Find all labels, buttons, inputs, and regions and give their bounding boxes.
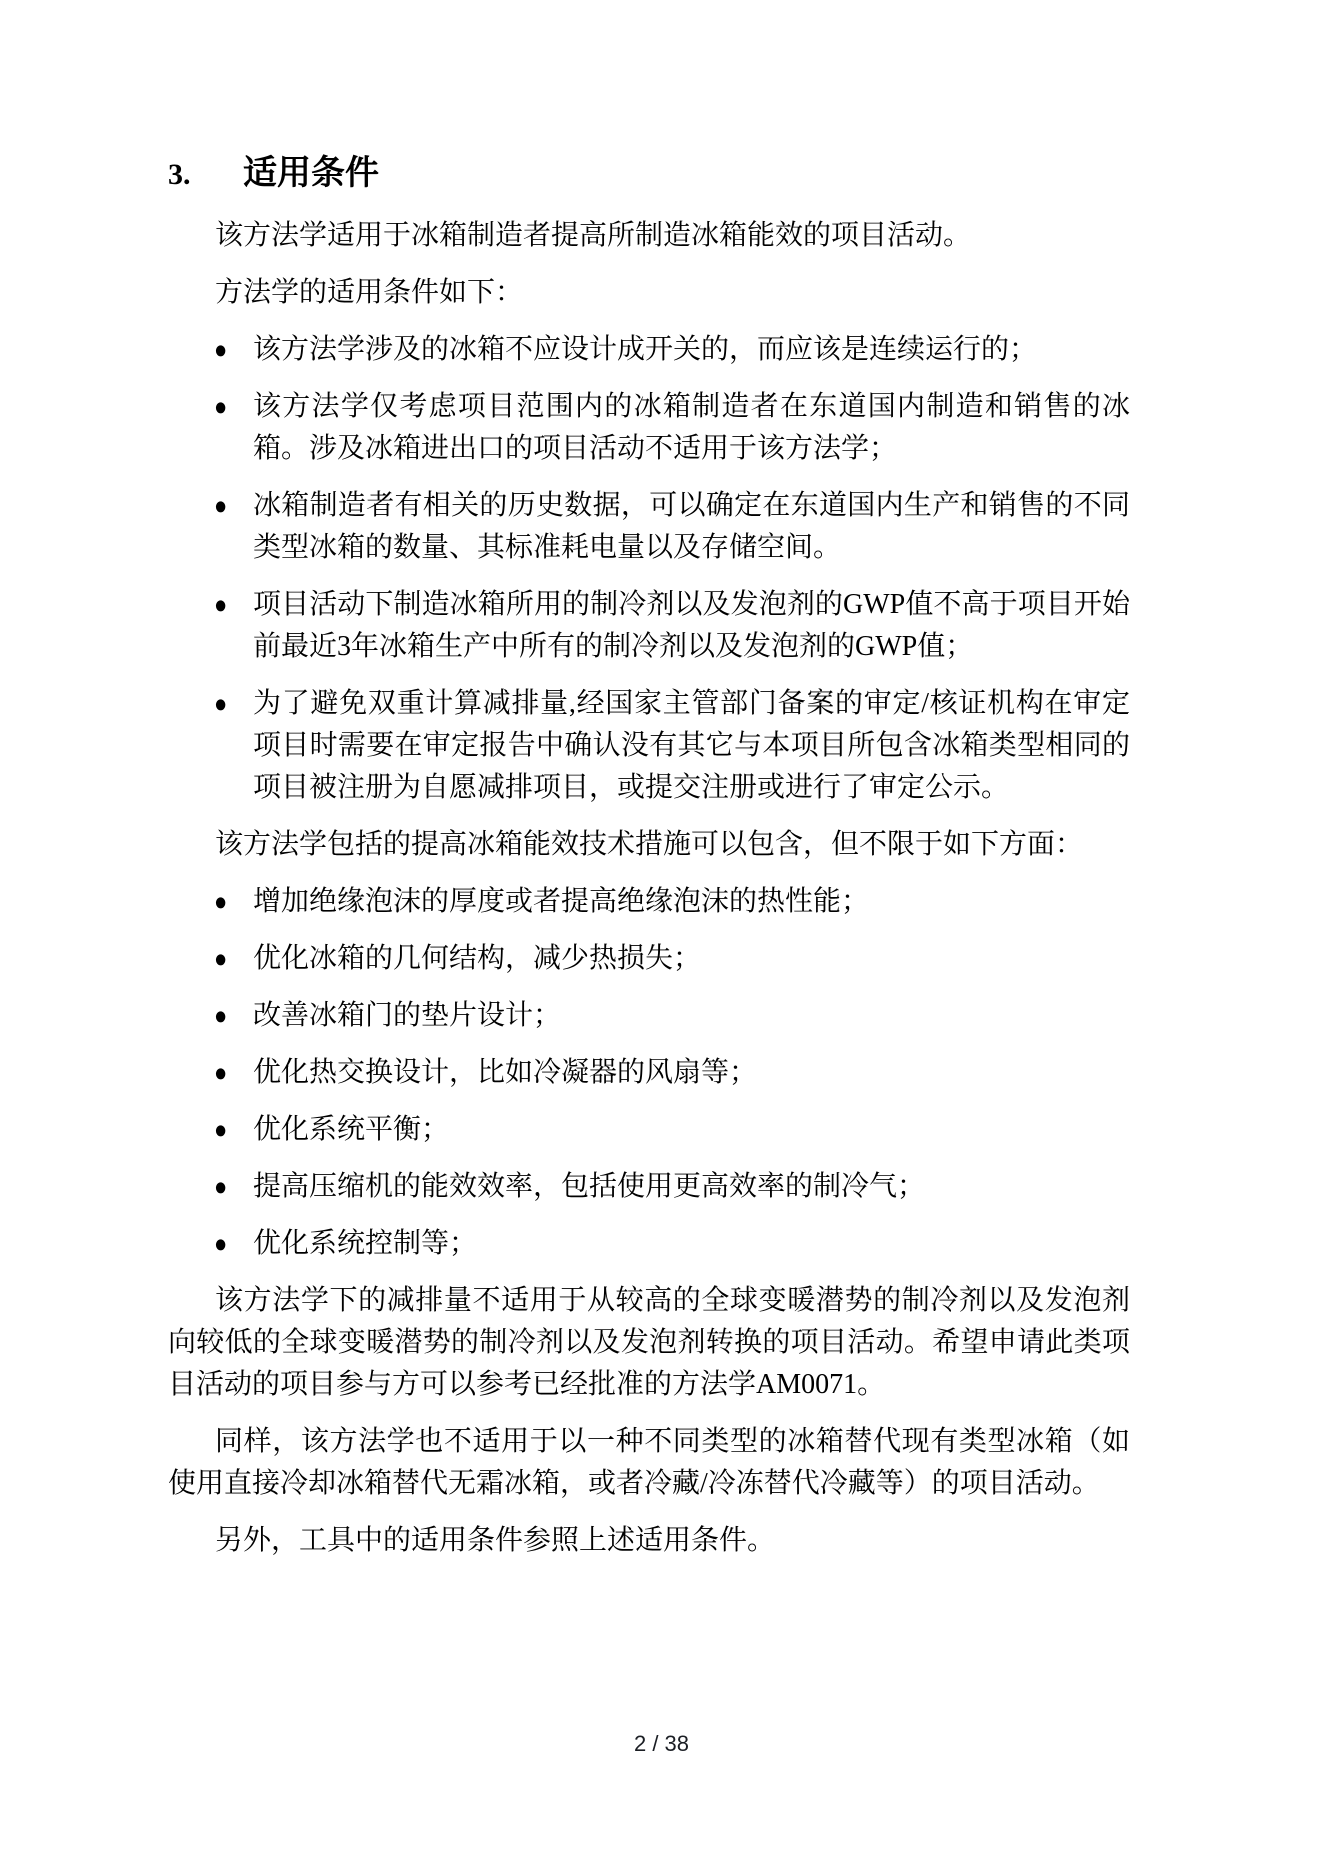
- list-item-text: 为了避免双重计算减排量,经国家主管部门备案的审定/核证机构在审定项目时需要在审定…: [253, 688, 1130, 803]
- list-item-text: 该方法学涉及的冰箱不应设计成开关的，而应该是连续运行的；: [253, 334, 1037, 365]
- list-item: ● 提高压缩机的能效效率，包括使用更高效率的制冷气；: [168, 1166, 1130, 1208]
- list-item: ● 冰箱制造者有相关的历史数据，可以确定在东道国内生产和销售的不同类型冰箱的数量…: [168, 485, 1130, 569]
- paragraph-conditions-lead: 方法学的适用条件如下：: [168, 272, 1130, 314]
- measures-list: ● 增加绝缘泡沫的厚度或者提高绝缘泡沫的热性能； ● 优化冰箱的几何结构，减少热…: [168, 881, 1130, 1265]
- list-item: ● 优化热交换设计，比如冷凝器的风扇等；: [168, 1052, 1130, 1094]
- list-item: ● 项目活动下制造冰箱所用的制冷剂以及发泡剂的GWP值不高于项目开始前最近3年冰…: [168, 584, 1130, 668]
- bullet-icon: ●: [214, 383, 227, 431]
- list-item-text: 提高压缩机的能效效率，包括使用更高效率的制冷气；: [253, 1171, 925, 1202]
- bullet-icon: ●: [214, 992, 227, 1040]
- section-title: 适用条件: [243, 150, 379, 198]
- paragraph-gwp-exclusion: 该方法学下的减排量不适用于从较高的全球变暖潜势的制冷剂以及发泡剂向较低的全球变暖…: [168, 1280, 1130, 1406]
- list-item-text: 改善冰箱门的垫片设计；: [253, 1000, 561, 1031]
- bullet-icon: ●: [214, 326, 227, 374]
- paragraph-intro: 该方法学适用于冰箱制造者提高所制造冰箱能效的项目活动。: [168, 215, 1130, 257]
- bullet-icon: ●: [214, 935, 227, 983]
- document-page: 3. 适用条件 该方法学适用于冰箱制造者提高所制造冰箱能效的项目活动。 方法学的…: [0, 0, 1323, 1871]
- page-footer: 2 / 38: [0, 1731, 1323, 1757]
- bullet-icon: ●: [214, 1049, 227, 1097]
- bullet-icon: ●: [214, 1163, 227, 1211]
- list-item: ● 优化系统控制等；: [168, 1223, 1130, 1265]
- list-item-text: 项目活动下制造冰箱所用的制冷剂以及发泡剂的GWP值不高于项目开始前最近3年冰箱生…: [253, 589, 1130, 662]
- list-item-text: 该方法学仅考虑项目范围内的冰箱制造者在东道国内制造和销售的冰箱。涉及冰箱进出口的…: [253, 391, 1130, 464]
- list-item-text: 优化系统平衡；: [253, 1114, 449, 1145]
- bullet-icon: ●: [214, 680, 227, 728]
- list-item: ● 优化冰箱的几何结构，减少热损失；: [168, 938, 1130, 980]
- conditions-list: ● 该方法学涉及的冰箱不应设计成开关的，而应该是连续运行的； ● 该方法学仅考虑…: [168, 329, 1130, 809]
- list-item-text: 优化冰箱的几何结构，减少热损失；: [253, 943, 701, 974]
- page-number: 2 / 38: [634, 1731, 689, 1756]
- bullet-icon: ●: [214, 1106, 227, 1154]
- paragraph-tool-conditions: 另外，工具中的适用条件参照上述适用条件。: [168, 1520, 1130, 1562]
- list-item: ● 增加绝缘泡沫的厚度或者提高绝缘泡沫的热性能；: [168, 881, 1130, 923]
- list-item: ● 该方法学仅考虑项目范围内的冰箱制造者在东道国内制造和销售的冰箱。涉及冰箱进出…: [168, 386, 1130, 470]
- list-item: ● 该方法学涉及的冰箱不应设计成开关的，而应该是连续运行的；: [168, 329, 1130, 371]
- paragraph-measures-lead: 该方法学包括的提高冰箱能效技术措施可以包含，但不限于如下方面：: [168, 824, 1130, 866]
- bullet-icon: ●: [214, 1220, 227, 1268]
- bullet-icon: ●: [214, 581, 227, 629]
- list-item-text: 优化热交换设计，比如冷凝器的风扇等；: [253, 1057, 757, 1088]
- bullet-icon: ●: [214, 878, 227, 926]
- paragraph-type-substitution-exclusion: 同样，该方法学也不适用于以一种不同类型的冰箱替代现有类型冰箱（如使用直接冷却冰箱…: [168, 1421, 1130, 1505]
- list-item: ● 改善冰箱门的垫片设计；: [168, 995, 1130, 1037]
- page-content: 3. 适用条件 该方法学适用于冰箱制造者提高所制造冰箱能效的项目活动。 方法学的…: [168, 150, 1130, 1577]
- list-item-text: 增加绝缘泡沫的厚度或者提高绝缘泡沫的热性能；: [253, 886, 869, 917]
- section-heading: 3. 适用条件: [168, 150, 1130, 199]
- section-number: 3.: [168, 151, 243, 199]
- bullet-icon: ●: [214, 482, 227, 530]
- list-item: ● 为了避免双重计算减排量,经国家主管部门备案的审定/核证机构在审定项目时需要在…: [168, 683, 1130, 809]
- list-item-text: 优化系统控制等；: [253, 1228, 477, 1259]
- list-item-text: 冰箱制造者有相关的历史数据，可以确定在东道国内生产和销售的不同类型冰箱的数量、其…: [253, 490, 1130, 563]
- list-item: ● 优化系统平衡；: [168, 1109, 1130, 1151]
